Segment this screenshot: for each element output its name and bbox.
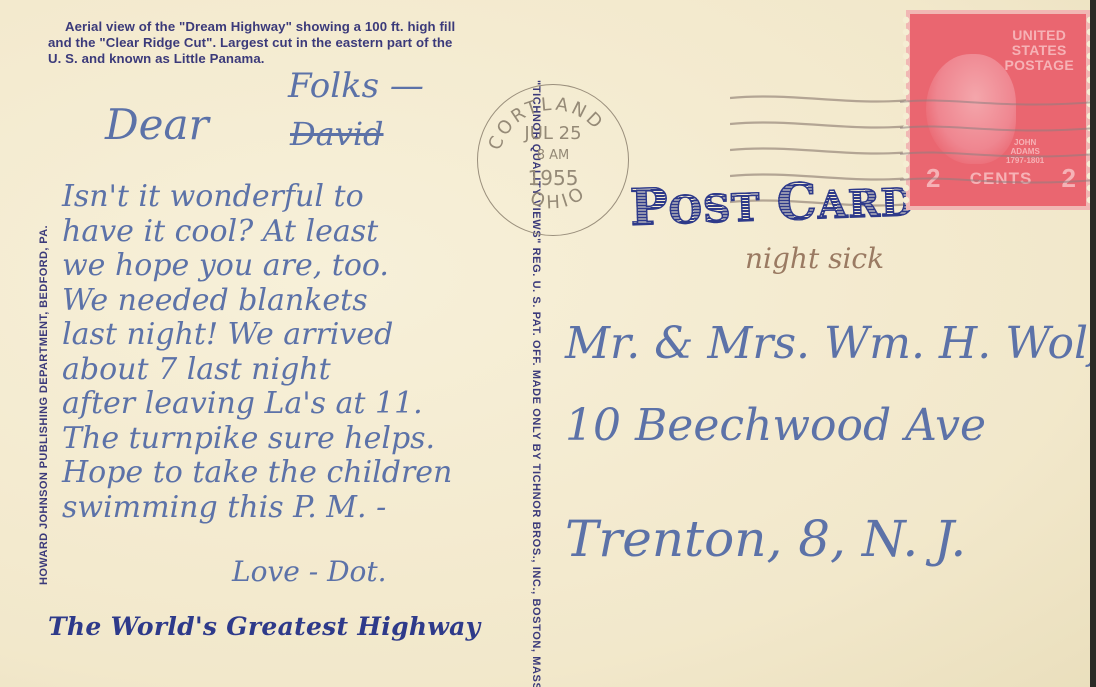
message-line: swimming this P. M. - — [62, 491, 452, 526]
message-line: about 7 last night — [62, 353, 452, 388]
message-line: Isn't it wonderful to — [62, 180, 452, 215]
message-greeting: Dear — [105, 100, 209, 149]
message-line: Hope to take the children — [62, 456, 452, 491]
message-line: last night! We arrived — [62, 318, 452, 353]
caption-line: U. S. and known as Little Panama. — [48, 51, 533, 67]
tagline: The World's Greatest Highway — [48, 612, 481, 641]
post-card-heading: POST CARD — [629, 168, 915, 237]
caption-line: Aerial view of the "Dream Highway" showi… — [48, 19, 533, 35]
photo-caption: Aerial view of the "Dream Highway" showi… — [48, 19, 533, 66]
publisher-credit: HOWARD JOHNSON PUBLISHING DEPARTMENT, BE… — [38, 225, 50, 585]
stamp-cancellation-lines — [900, 92, 1096, 222]
caption-line: and the "Clear Ridge Cut". Largest cut i… — [48, 35, 533, 51]
stamp-country: UNITED STATES POSTAGE — [1004, 28, 1074, 73]
message-line: after leaving La's at 11. — [62, 387, 452, 422]
message-line: We needed blankets — [62, 284, 452, 319]
message-line: we hope you are, too. — [62, 249, 452, 284]
message-line: have it cool? At least — [62, 215, 452, 250]
postmark-year: 1955 — [478, 167, 628, 189]
message-body: Isn't it wonderful to have it cool? At l… — [62, 180, 452, 525]
postmark: CORTLAND OHIO JUL 25 8 AM 1955 — [477, 84, 629, 236]
message-signoff: Love - Dot. — [232, 555, 387, 588]
scan-edge — [1090, 0, 1096, 687]
postmark-date: JUL 25 — [478, 123, 628, 145]
postmark-time: 8 AM — [478, 145, 628, 167]
message-line: The turnpike sure helps. — [62, 422, 452, 457]
address-recipient: Mr. & Mrs. Wm. H. Wolf — [565, 318, 1096, 369]
message-recipient-added: Folks — — [288, 66, 424, 106]
pencil-annotation: night sick — [745, 242, 884, 275]
address-street: 10 Beechwood Ave — [565, 400, 986, 451]
address-city: Trenton, 8, N. J. — [565, 510, 966, 568]
postcard-back: Aerial view of the "Dream Highway" showi… — [0, 0, 1096, 687]
message-recipient-crossed-out: David — [290, 115, 384, 153]
